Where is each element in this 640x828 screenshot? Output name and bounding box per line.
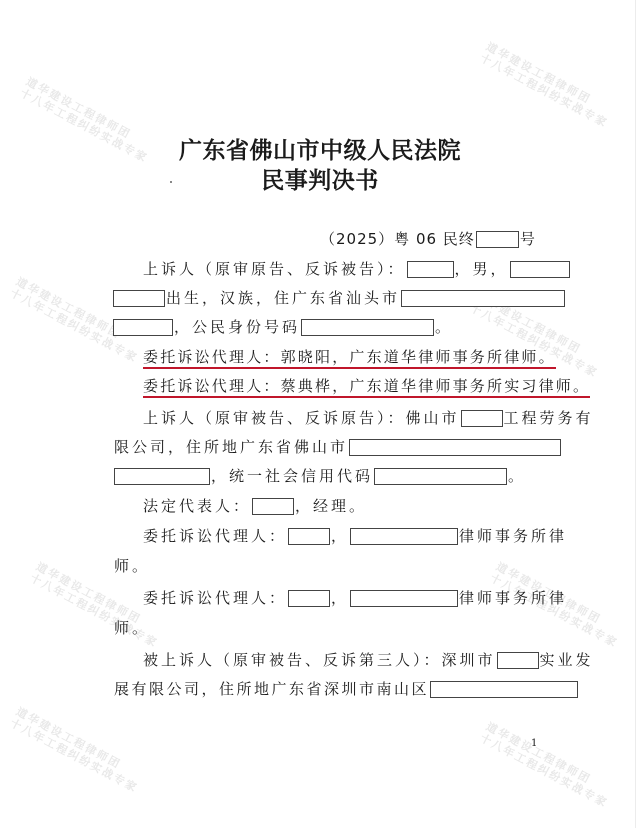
- redacted-company: [497, 652, 539, 669]
- redacted-address-cont: [114, 468, 210, 485]
- appellant2-agent1-line: 委托诉讼代理人：，律师事务所律: [143, 526, 567, 546]
- redacted-firm: [350, 528, 458, 545]
- redacted-address: [401, 290, 565, 307]
- redacted-agent-name: [288, 528, 330, 545]
- legal-rep-line: 法定代表人：，经理。: [143, 496, 367, 516]
- appellant1-line3: ，公民身份号码。: [113, 317, 453, 337]
- redacted-address: [349, 439, 561, 456]
- redacted-id-number: [301, 319, 434, 336]
- redacted-credit-code: [374, 468, 507, 485]
- scan-speck: [170, 181, 172, 183]
- case-number: （2025）粤 06 民终号: [320, 229, 536, 249]
- redacted-name: [407, 261, 454, 278]
- appellee-line2: 展有限公司，住所地广东省深圳市南山区: [114, 679, 579, 699]
- agent1-line: 委托诉讼代理人：郭晓阳，广东道华律师事务所律师。: [143, 347, 556, 367]
- redacted-company: [461, 410, 503, 427]
- watermark: 道华建设工程律师团 十八年工程纠纷实战专家: [478, 40, 616, 130]
- page-number: 1: [531, 738, 537, 749]
- appellant2-line1: 上诉人（原审被告、反诉原告）：佛山市工程劳务有: [143, 408, 594, 428]
- redacted-case-no: [476, 231, 519, 248]
- watermark: 道华建设工程律师团 十八年工程纠纷实战专家: [478, 720, 616, 810]
- redacted-agent-name: [288, 590, 330, 607]
- appellant2-line2: 限公司，住所地广东省佛山市: [114, 437, 562, 457]
- document-type-title: 民事判决书: [0, 162, 640, 195]
- appellant1-line1: 上诉人（原审原告、反诉被告）：，男，: [143, 259, 571, 279]
- agent2-line: 委托诉讼代理人：蔡典桦，广东道华律师事务所实习律师。: [143, 376, 590, 396]
- appellant2-agent1-wrap: 师。: [114, 556, 150, 576]
- redacted-address-cont: [113, 319, 173, 336]
- redacted-firm: [350, 590, 458, 607]
- appellant1-line2: 出生，汉族，住广东省汕头市: [113, 288, 566, 308]
- court-name-title: 广东省佛山市中级人民法院: [0, 132, 640, 165]
- redacted-field: [510, 261, 570, 278]
- page-edge: [635, 0, 636, 828]
- appellant2-agent2-wrap: 师。: [114, 618, 150, 638]
- appellee-line1: 被上诉人（原审被告、反诉第三人）：深圳市实业发: [143, 650, 594, 670]
- appellant2-agent2-line: 委托诉讼代理人：，律师事务所律: [143, 588, 567, 608]
- redacted-rep-name: [252, 498, 294, 515]
- appellant2-line3: ，统一社会信用代码。: [114, 466, 526, 486]
- watermark: 道华建设工程律师团 十八年工程纠纷实战专家: [8, 705, 146, 795]
- redacted-birthdate: [113, 290, 165, 307]
- redacted-address: [430, 681, 578, 698]
